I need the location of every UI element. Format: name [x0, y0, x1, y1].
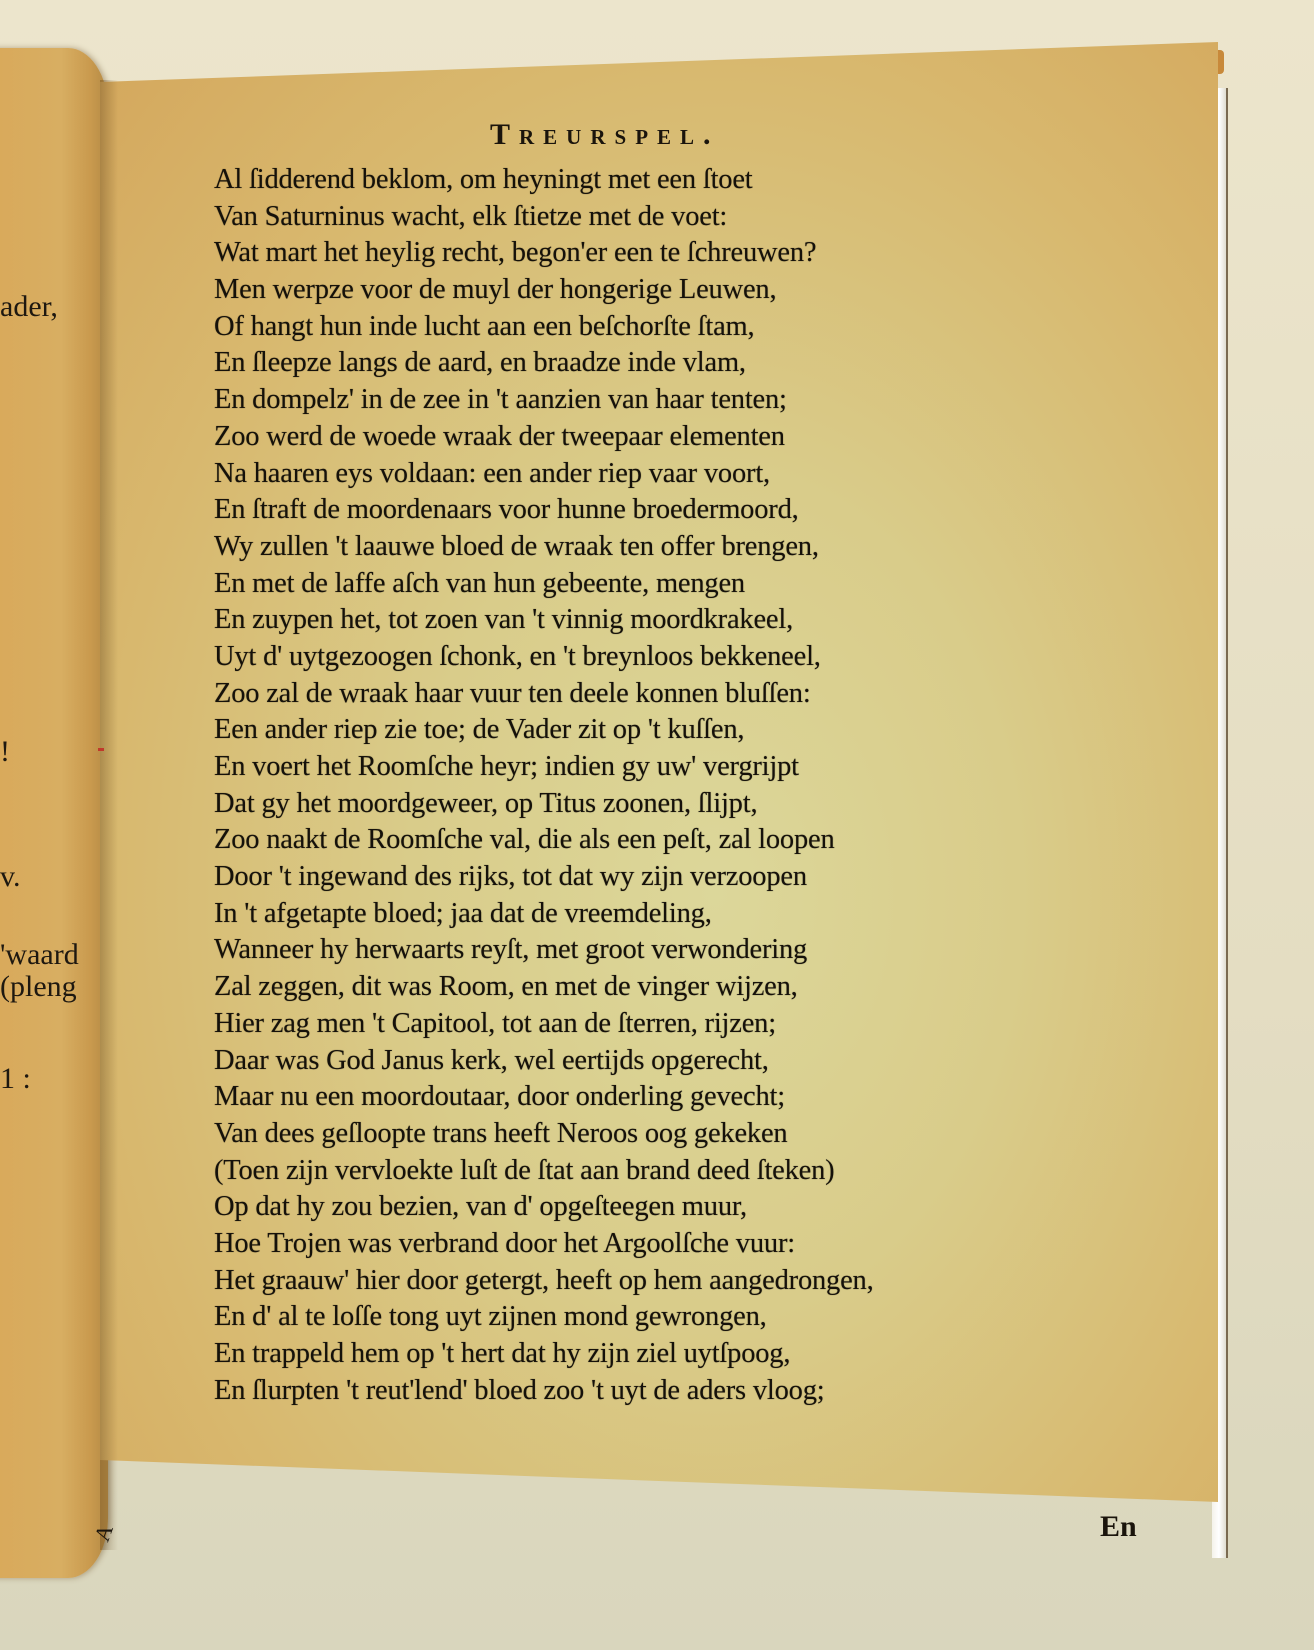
verse-line: En zuypen het, tot zoen van 't vinnig mo…: [214, 602, 1094, 639]
verse-line: Door 't ingewand des rijks, tot dat wy z…: [214, 859, 1094, 896]
left-fragment: ader,: [0, 290, 98, 324]
verse-line: Zal zeggen, dit was Room, en met de ving…: [214, 969, 1094, 1006]
verse-line: Op dat hy zou bezien, van d' opgeſteegen…: [214, 1189, 1094, 1226]
left-fragment: !: [0, 735, 98, 769]
verse-line: En d' al te loſſe tong uyt zijnen mond g…: [214, 1299, 1094, 1336]
verse-line: Wat mart het heylig recht, begon'er een …: [214, 235, 1094, 272]
verse-line: En ſleepze langs de aard, en braadze ind…: [214, 345, 1094, 382]
verse-line: Of hangt hun inde lucht aan een beſchorſ…: [214, 309, 1094, 346]
verse-line: Een ander riep zie toe; de Vader zit op …: [214, 712, 1094, 749]
verse-line: Al ſidderend beklom, om heyningt met een…: [214, 162, 1094, 199]
verse-line: Na haaren eys voldaan: een ander riep va…: [214, 456, 1094, 493]
verse-line: In 't afgetapte bloed; jaa dat de vreemd…: [214, 896, 1094, 933]
gutter-shadow: [100, 80, 118, 1550]
left-fragment: (pleng: [0, 970, 98, 1004]
verse-line: Zoo werd de woede wraak der tweepaar ele…: [214, 419, 1094, 456]
verse-line: En ſlurpten 't reut'lend' bloed zoo 't u…: [214, 1373, 1094, 1410]
verse-line: Hoe Trojen was verbrand door het Argoolſ…: [214, 1226, 1094, 1263]
verse-line: En dompelz' in de zee in 't aanzien van …: [214, 382, 1094, 419]
verse-line: Van Saturninus wacht, elk ſtietze met de…: [214, 199, 1094, 236]
verse-line: Zoo zal de wraak haar vuur ten deele kon…: [214, 676, 1094, 713]
catchword: En: [1100, 1510, 1137, 1544]
verse-line: Daar was God Janus kerk, wel eertijds op…: [214, 1043, 1094, 1080]
verse-line: Hier zag men 't Capitool, tot aan de ſte…: [214, 1006, 1094, 1043]
red-mark: [98, 748, 104, 751]
verse-line: Het graauw' hier door getergt, heeft op …: [214, 1263, 1094, 1300]
verse-line: Zoo naakt de Roomſche val, die als een p…: [214, 822, 1094, 859]
verse-line: Dat gy het moordgeweer, op Titus zoonen,…: [214, 786, 1094, 823]
verse-line: Van dees geſloopte trans heeft Neroos oo…: [214, 1116, 1094, 1153]
verse-line: Wy zullen 't laauwe bloed de wraak ten o…: [214, 529, 1094, 566]
verse-line: En trappeld hem op 't hert dat hy zijn z…: [214, 1336, 1094, 1373]
verse-line: Maar nu een moordoutaar, door onderling …: [214, 1079, 1094, 1116]
verse-line: Uyt d' uytgezoogen ſchonk, en 't breynlo…: [214, 639, 1094, 676]
left-fragment: 'waard: [0, 938, 98, 972]
verse-line: En voert het Roomſche heyr; indien gy uw…: [214, 749, 1094, 786]
verse-text: Al ſidderend beklom, om heyningt met een…: [214, 162, 1094, 1409]
verse-line: Men werpze voor de muyl der hongerige Le…: [214, 272, 1094, 309]
verse-line: En met de laffe aſch van hun gebeente, m…: [214, 566, 1094, 603]
verse-line: En ſtraft de moordenaars voor hunne broe…: [214, 492, 1094, 529]
verse-line: (Toen zijn vervloekte luſt de ſtat aan b…: [214, 1153, 1094, 1190]
running-head: Treurspel.: [490, 118, 720, 152]
left-fragment: v.: [0, 860, 98, 894]
left-fragment: 1 :: [0, 1062, 98, 1096]
left-page: ader, ! v. 'waard (pleng 1 :: [0, 48, 108, 1578]
verse-line: Wanneer hy herwaarts reyſt, met groot ve…: [214, 932, 1094, 969]
